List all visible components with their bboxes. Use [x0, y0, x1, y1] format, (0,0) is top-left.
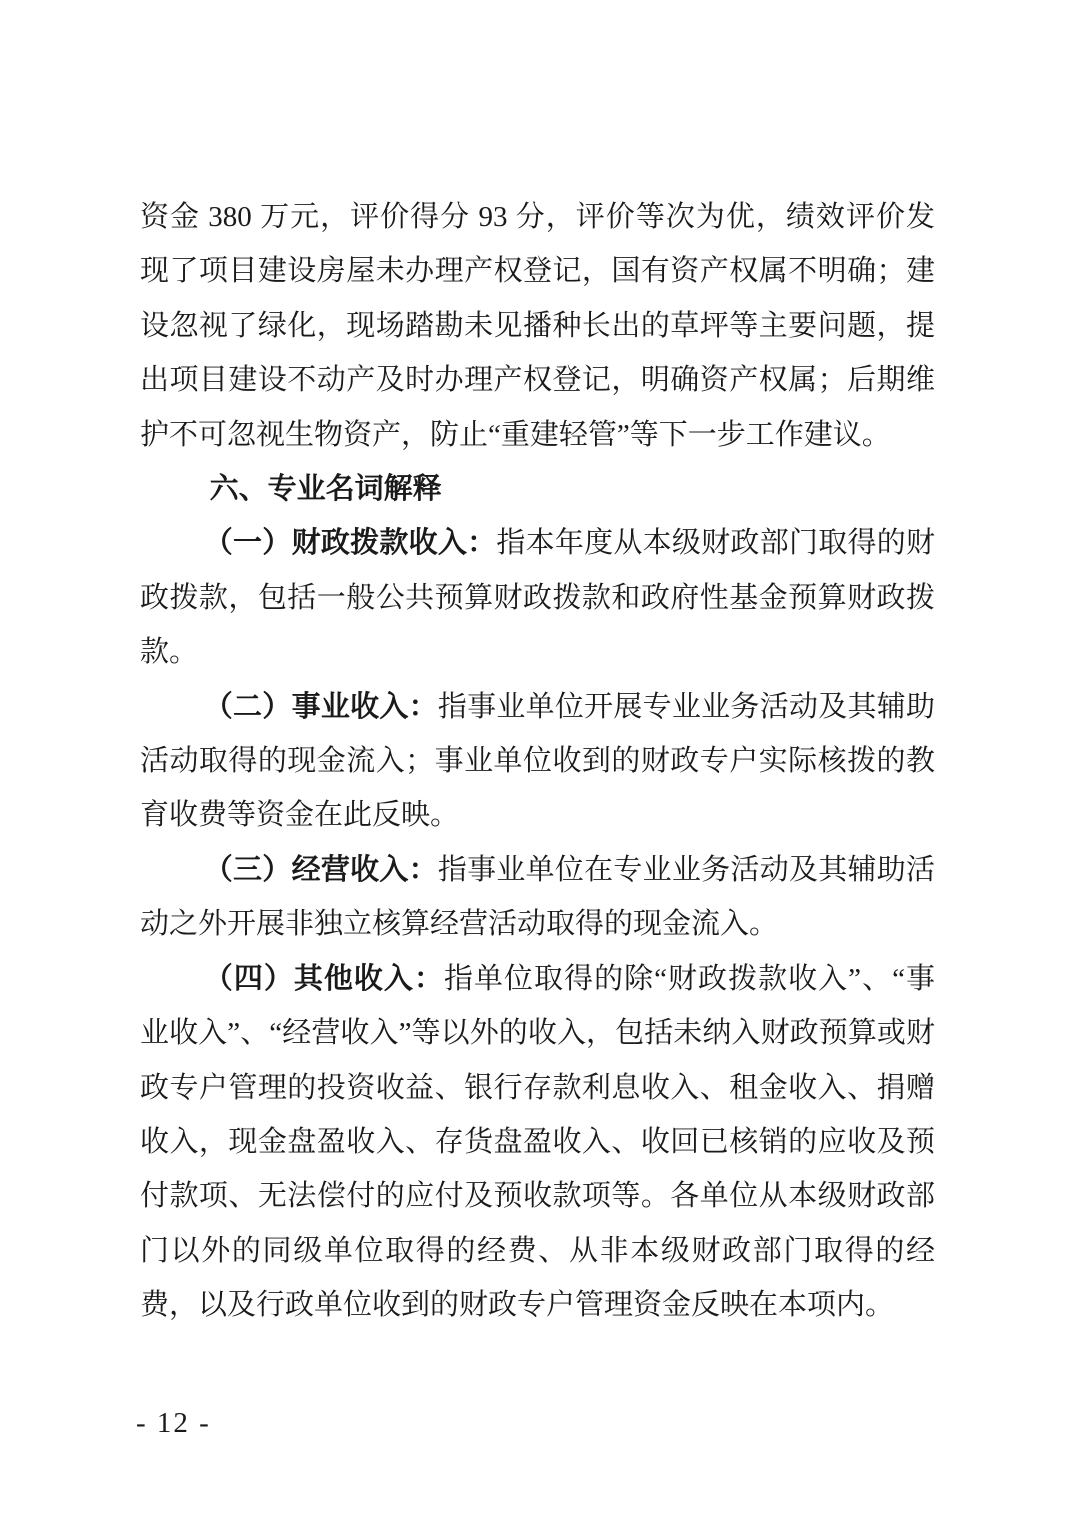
term-paragraph-2: （二）事业收入：指事业单位开展专业业务活动及其辅助活动取得的现金流入；事业单位收…	[140, 680, 935, 843]
term-paragraph-3: （三）经营收入：指事业单位在专业业务活动及其辅助活动之外开展非独立核算经营活动取…	[140, 843, 935, 952]
term-label-4: （四）其他收入：	[204, 963, 444, 995]
continuation-paragraph: 资金 380 万元，评价得分 93 分，评价等次为优，绩效评价发现了项目建设房屋…	[140, 190, 935, 462]
section-heading: 六、专业名词解释	[140, 462, 935, 516]
document-page: 资金 380 万元，评价得分 93 分，评价等次为优，绩效评价发现了项目建设房屋…	[0, 0, 1075, 1520]
term-definition-4: 指单位取得的除“财政拨款收入”、“事业收入”、“经营收入”等以外的收入，包括未纳…	[140, 963, 935, 1321]
term-label-2: （二）事业收入：	[204, 691, 438, 723]
term-paragraph-1: （一）财政拨款收入：指本年度从本级财政部门取得的财政拨款，包括一般公共预算财政拨…	[140, 516, 935, 679]
page-number: - 12 -	[136, 1405, 211, 1441]
document-body: 资金 380 万元，评价得分 93 分，评价等次为优，绩效评价发现了项目建设房屋…	[140, 190, 935, 1333]
term-paragraph-4: （四）其他收入：指单位取得的除“财政拨款收入”、“事业收入”、“经营收入”等以外…	[140, 952, 935, 1333]
term-label-1: （一）财政拨款收入：	[204, 527, 497, 559]
term-label-3: （三）经营收入：	[204, 854, 438, 886]
